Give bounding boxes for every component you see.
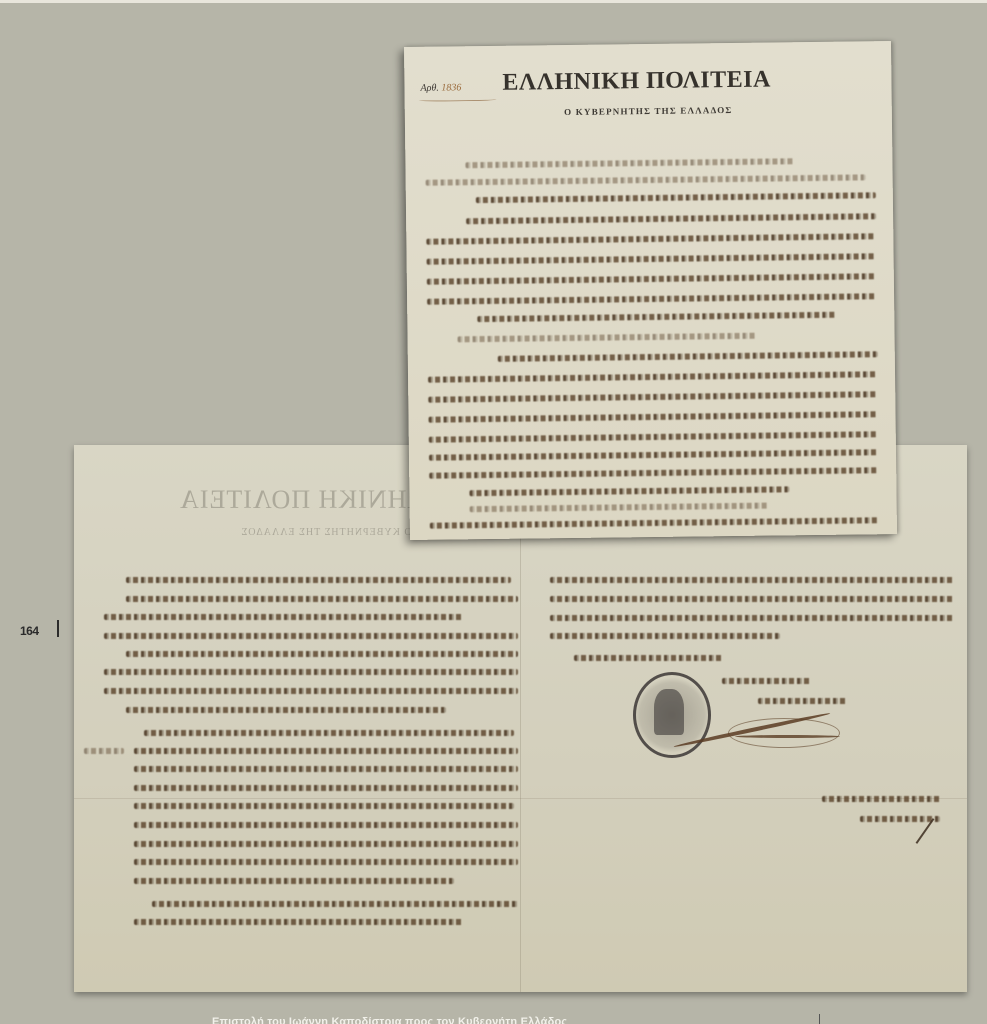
signature-title-handwriting [722,678,812,684]
reference-prefix: Αρθ. [420,83,438,94]
handwritten-line [427,293,877,304]
handwritten-line [426,174,866,185]
page-number: 164 [20,624,39,638]
handwritten-line [144,730,514,736]
front-document: Αρθ. 1836 ΕΛΛΗΝΙΚΗ ΠΟΛΙΤΕΙΑ Ο ΚΥΒΕΡΝΗΤΗΣ… [404,41,897,540]
handwritten-line [550,596,955,602]
handwritten-line [104,614,464,620]
handwritten-line [470,503,770,513]
handwritten-line [426,233,876,244]
front-handwriting-body [404,41,891,47]
seal-emblem [654,689,684,735]
handwritten-line [428,371,878,382]
handwritten-line [550,633,780,639]
signature-name-handwriting [758,698,848,704]
handwritten-line [126,596,518,602]
handwritten-line [134,822,518,828]
handwritten-line [134,859,518,865]
official-seal-icon [633,672,711,758]
handwritten-line [134,919,464,925]
handwritten-line [152,901,518,907]
handwritten-line [477,312,837,322]
countersignature-name [860,816,940,822]
handwritten-line [430,517,880,528]
handwritten-line [429,449,879,460]
letterhead-subtitle: Ο ΚΥΒΕΡΝΗΤΗΣ ΤΗΣ ΕΛΛΑΔΟΣ [405,103,892,119]
signature-underline [735,735,840,738]
handwritten-date-line [574,655,724,661]
handwritten-line [429,431,879,442]
handwritten-line [134,841,518,847]
handwritten-line [550,577,955,583]
reference-number: Αρθ. 1836 [420,82,461,93]
handwritten-line [428,391,878,402]
handwritten-line [466,213,876,224]
handwritten-line [134,748,518,754]
handwritten-line [550,615,955,621]
top-edge-strip [0,0,987,3]
handwritten-line [427,253,877,264]
handwritten-line [134,803,514,809]
page-number-rule [57,620,59,637]
handwritten-line [126,651,518,657]
reference-underline [419,98,497,102]
handwritten-line [498,351,878,362]
handwritten-line [429,411,879,422]
handwritten-line [429,467,879,478]
handwritten-line [126,577,511,583]
handwritten-line [104,669,518,675]
handwritten-line [427,273,877,284]
handwritten-line [476,192,876,203]
handwritten-line [465,158,795,168]
handwritten-line [126,707,446,713]
letterhead-title: ΕΛΛΗΝΙΚΗ ΠΟΛΙΤΕΙΑ [502,67,771,97]
handwritten-line [134,785,518,791]
caption-rule [819,1014,820,1024]
handwritten-line [134,766,518,772]
handwritten-line [469,486,789,496]
handwritten-line [104,633,518,639]
countersignature-line [822,796,942,802]
handwritten-line [104,688,518,694]
handwritten-line [458,333,758,343]
handwritten-line [134,878,454,884]
reference-value: 1836 [441,82,461,93]
figure-caption: Επιστολή του Ιωάννη Καποδίστρια προς τον… [212,1016,567,1024]
handwritten-line [84,748,124,754]
